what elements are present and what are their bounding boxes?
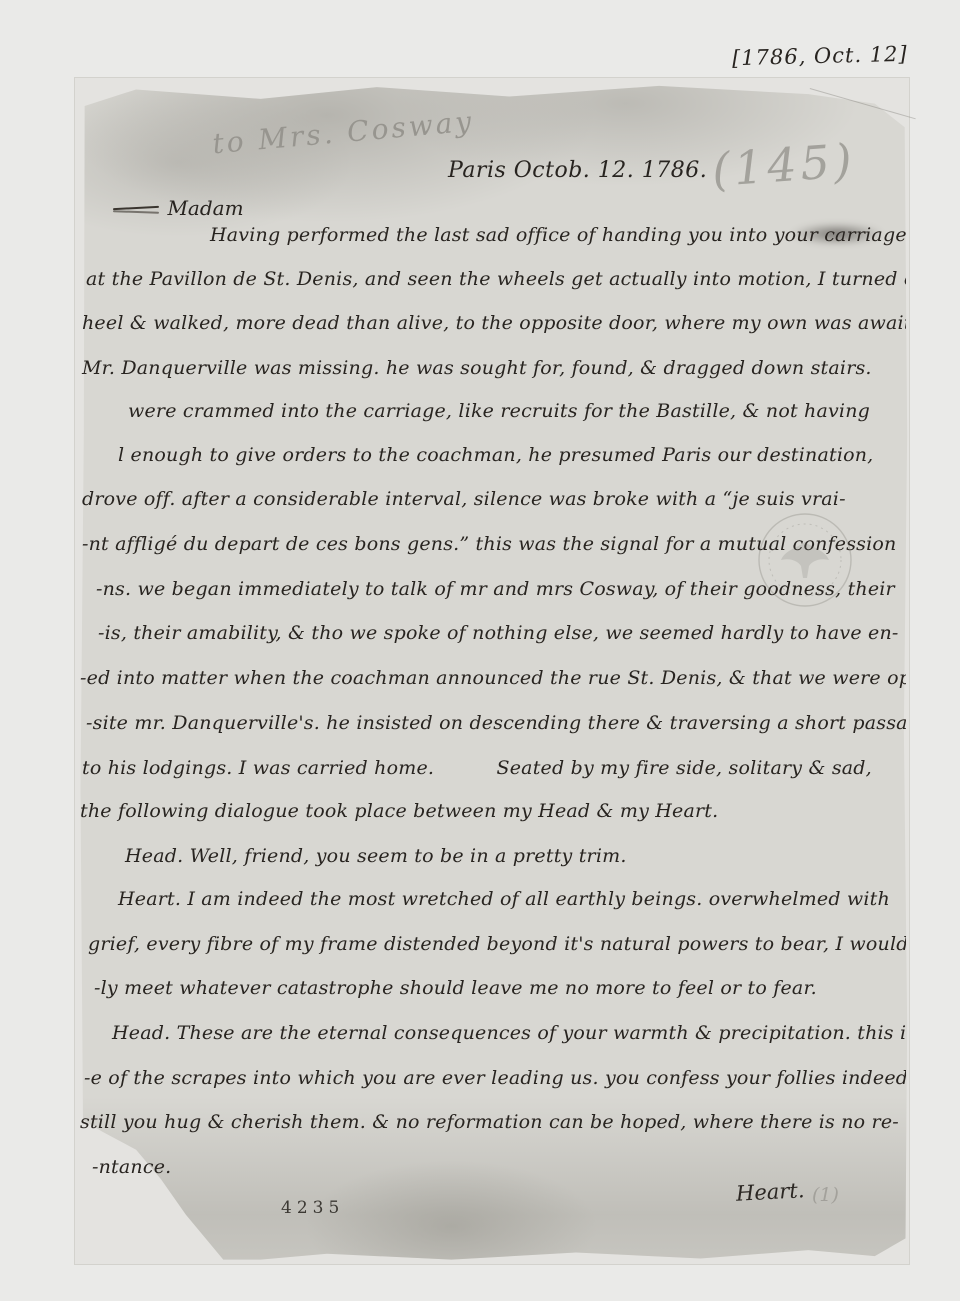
pencil-page-number: (145) — [710, 133, 857, 197]
library-of-congress-embossed-stamp-icon — [757, 512, 853, 608]
ink-smudge — [772, 218, 902, 250]
struck-out-scribble — [113, 203, 159, 215]
archival-date-annotation: [1786, Oct. 12] — [732, 42, 908, 71]
catchword-heart: Heart. — [735, 1178, 805, 1206]
manuscript-scan: [1786, Oct. 12] to Mrs. Cosway (145) Par… — [0, 0, 960, 1301]
stamped-item-number: 4235 — [281, 1198, 344, 1218]
letter-paper — [78, 80, 908, 1262]
letter-dateline: Paris Octob. 12. 1786. — [448, 158, 707, 183]
salutation-row: Madam — [88, 172, 244, 244]
catchword-pencil-note: (1) — [812, 1184, 839, 1206]
salutation: Madam — [167, 196, 243, 220]
